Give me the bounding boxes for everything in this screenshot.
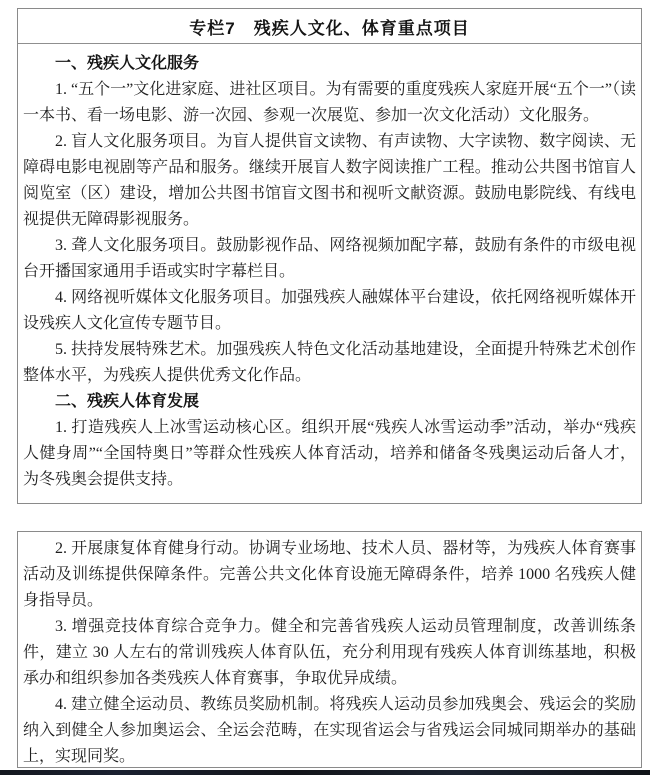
page-bottom-edge-strip [0,770,650,775]
paragraph-culture-item-4: 4. 网络视听媒体文化服务项目。加强残疾人融媒体平台建设，依托网络视听媒体开设残… [23,285,636,337]
paragraph-sports-item-2: 2. 开展康复体育健身行动。协调专业场地、技术人员、器材等，为残疾人体育赛事活动… [23,536,636,614]
paragraph-culture-item-2: 2. 盲人文化服务项目。为盲人提供盲文读物、有声读物、大字读物、数字阅读、无障碍… [23,129,636,233]
section-heading-culture: 一、残疾人文化服务 [23,51,636,77]
column-box-title: 专栏7 残疾人文化、体育重点项目 [18,9,641,44]
column-box-body-part2: 2. 开展康复体育健身行动。协调专业场地、技术人员、器材等，为残疾人体育赛事活动… [18,532,641,768]
paragraph-sports-item-4: 4. 建立健全运动员、教练员奖励机制。将残疾人运动员参加残奥会、残运会的奖励纳入… [23,692,636,768]
column-box-culture-sports: 专栏7 残疾人文化、体育重点项目 一、残疾人文化服务 1. “五个一”文化进家庭… [17,8,642,504]
paragraph-culture-item-5: 5. 扶持发展特殊艺术。加强残疾人特色文化活动基地建设，全面提升特殊艺术创作整体… [23,337,636,389]
paragraph-sports-item-3: 3. 增强竞技体育综合竞争力。健全和完善省残疾人运动员管理制度，改善训练条件，建… [23,614,636,692]
column-box-body-part1: 一、残疾人文化服务 1. “五个一”文化进家庭、进社区项目。为有需要的重度残疾人… [18,44,641,493]
paragraph-culture-item-1: 1. “五个一”文化进家庭、进社区项目。为有需要的重度残疾人家庭开展“五个一”（… [23,77,636,129]
paragraph-sports-item-1: 1. 打造残疾人上冰雪运动核心区。组织开展“残疾人冰雪运动季”活动，举办“残疾人… [23,415,636,493]
column-box-continued: 2. 开展康复体育健身行动。协调专业场地、技术人员、器材等，为残疾人体育赛事活动… [17,531,642,768]
paragraph-culture-item-3: 3. 聋人文化服务项目。鼓励影视作品、网络视频加配字幕，鼓励有条件的市级电视台开… [23,233,636,285]
section-heading-sports: 二、残疾人体育发展 [23,389,636,415]
